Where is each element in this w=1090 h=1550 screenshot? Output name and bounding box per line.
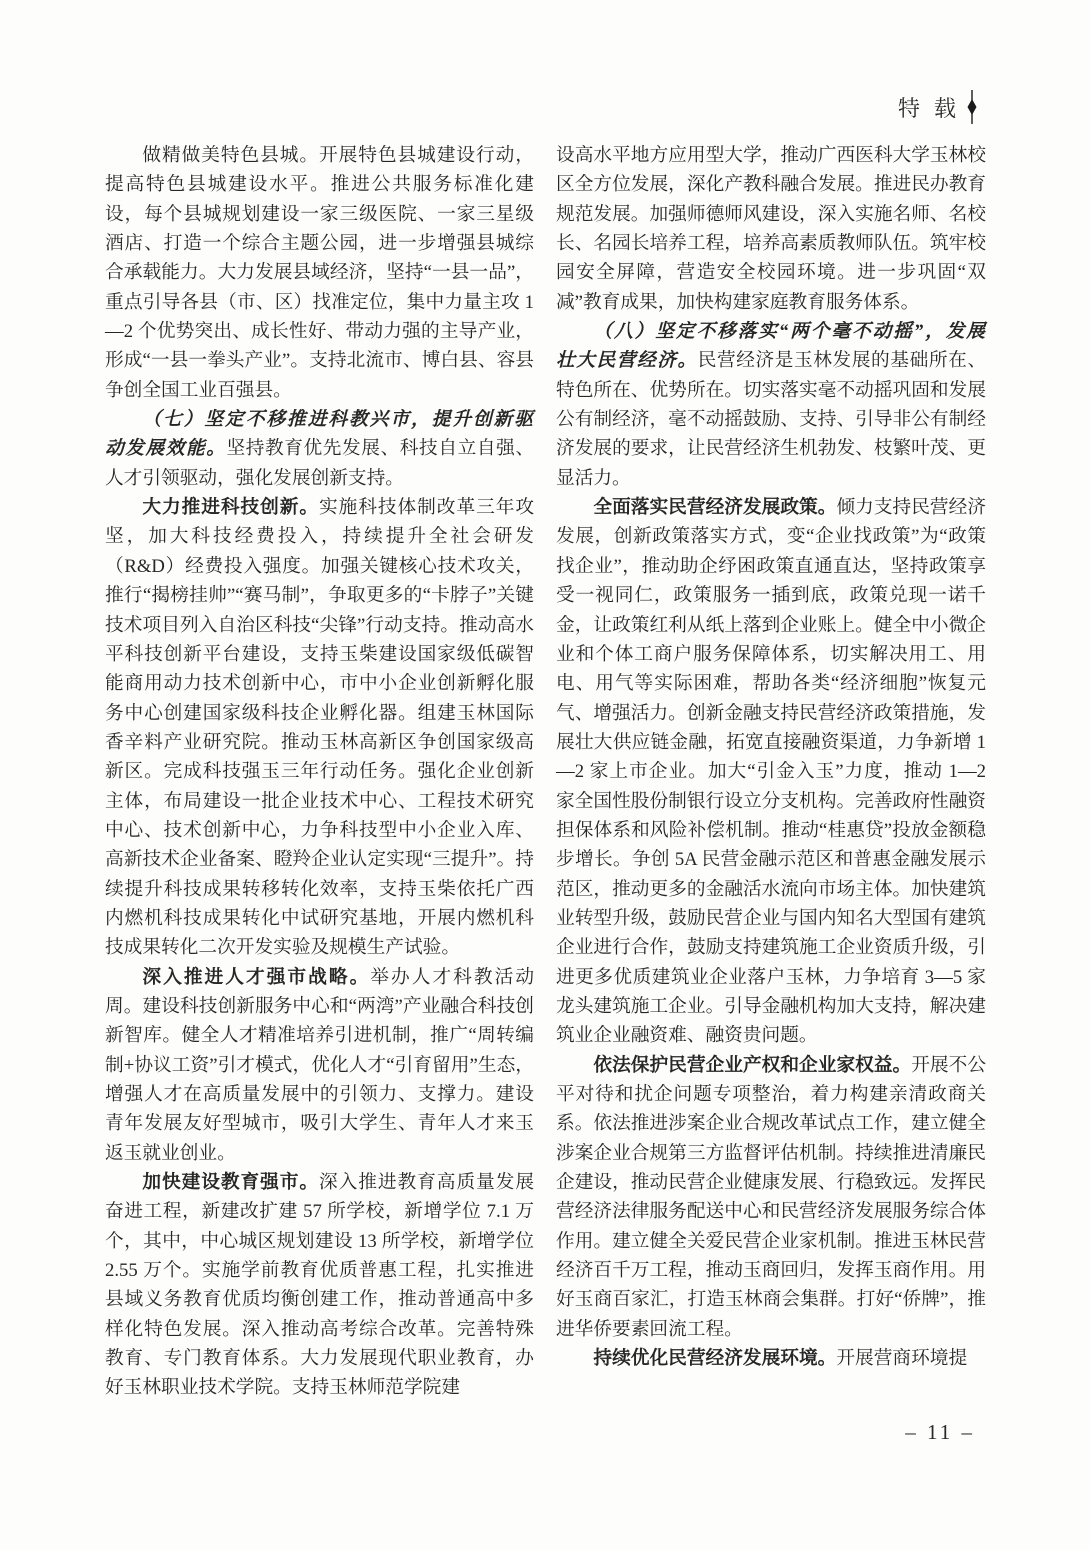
section-label: 特 载 [898, 92, 957, 123]
paragraph: 做精做美特色县城。开展特色县城建设行动，提高特色县城建设水平。推进公共服务标准化… [105, 141, 534, 405]
topic-lead-heading: 大力推进科技创新。 [142, 497, 319, 518]
paragraph: （七）坚定不移推进科教兴市，提升创新驱动发展效能。坚持教育优先发展、科技自立自强… [105, 405, 534, 493]
paragraph: 全面落实民营经济发展政策。倾力支持民营经济发展，创新政策落实方式，变“企业找政策… [556, 493, 986, 1051]
left-column: 做精做美特色县城。开展特色县城建设行动，提高特色县城建设水平。推进公共服务标准化… [105, 141, 534, 1403]
topic-lead-heading: 深入推进人才强市战略。 [142, 967, 370, 988]
paragraph: 大力推进科技创新。实施科技体制改革三年攻坚，加大科技经费投入，持续提升全社会研发… [105, 493, 534, 963]
diamond-marker-icon [966, 90, 978, 124]
paragraph: 持续优化民营经济发展环境。开展营商环境提 [556, 1344, 986, 1373]
topic-lead-heading: 全面落实民营经济发展政策。 [593, 497, 836, 518]
paragraph-text: 做精做美特色县城。开展特色县城建设行动，提高特色县城建设水平。推进公共服务标准化… [105, 145, 534, 401]
topic-lead-heading: 依法保护民营企业产权和企业家权益。 [593, 1055, 911, 1076]
paragraph-text: 设高水平地方应用型大学，推动广西医科大学玉林校区全方位发展，深化产教科融合发展。… [556, 145, 986, 313]
paragraph: （八）坚定不移落实“两个毫不动摇”，发展壮大民营经济。民营经济是玉林发展的基础所… [556, 317, 986, 493]
paragraph: 深入推进人才强市战略。举办人才科教活动周。建设科技创新服务中心和“两湾”产业融合… [105, 963, 534, 1168]
paragraph: 设高水平地方应用型大学，推动广西医科大学玉林校区全方位发展，深化产教科融合发展。… [556, 141, 986, 317]
page-number: – 11 – [905, 1420, 975, 1445]
document-page: 特 载 做精做美特色县城。开展特色县城建设行动，提高特色县城建设水平。推进公共服… [0, 0, 1090, 1550]
paragraph: 依法保护民营企业产权和企业家权益。开展不公平对待和扰企问题专项整治，着力构建亲清… [556, 1051, 986, 1344]
right-column: 设高水平地方应用型大学，推动广西医科大学玉林校区全方位发展，深化产教科融合发展。… [556, 141, 986, 1373]
paragraph-text: 举办人才科教活动周。建设科技创新服务中心和“两湾”产业融合科技创新智库。健全人才… [105, 967, 534, 1164]
paragraph-text: 开展不公平对待和扰企问题专项整治，着力构建亲清政商关系。依法推进涉案企业合规改革… [556, 1055, 986, 1340]
page-header: 特 载 [898, 90, 978, 124]
paragraph-text: 倾力支持民营经济发展，创新政策落实方式，变“企业找政策”为“政策找企业”，推动助… [556, 497, 986, 1046]
paragraph-text: 深入推进教育高质量发展奋进工程，新建改扩建 57 所学校，新增学位 7.1 万个… [105, 1172, 534, 1398]
paragraph: 加快建设教育强市。深入推进教育高质量发展奋进工程，新建改扩建 57 所学校，新增… [105, 1168, 534, 1403]
topic-lead-heading: 加快建设教育强市。 [142, 1172, 319, 1193]
paragraph-text: 实施科技体制改革三年攻坚，加大科技经费投入，持续提升全社会研发（R&D）经费投入… [105, 497, 534, 958]
topic-lead-heading: 持续优化民营经济发展环境。 [593, 1348, 836, 1369]
paragraph-text: 开展营商环境提 [836, 1348, 967, 1369]
